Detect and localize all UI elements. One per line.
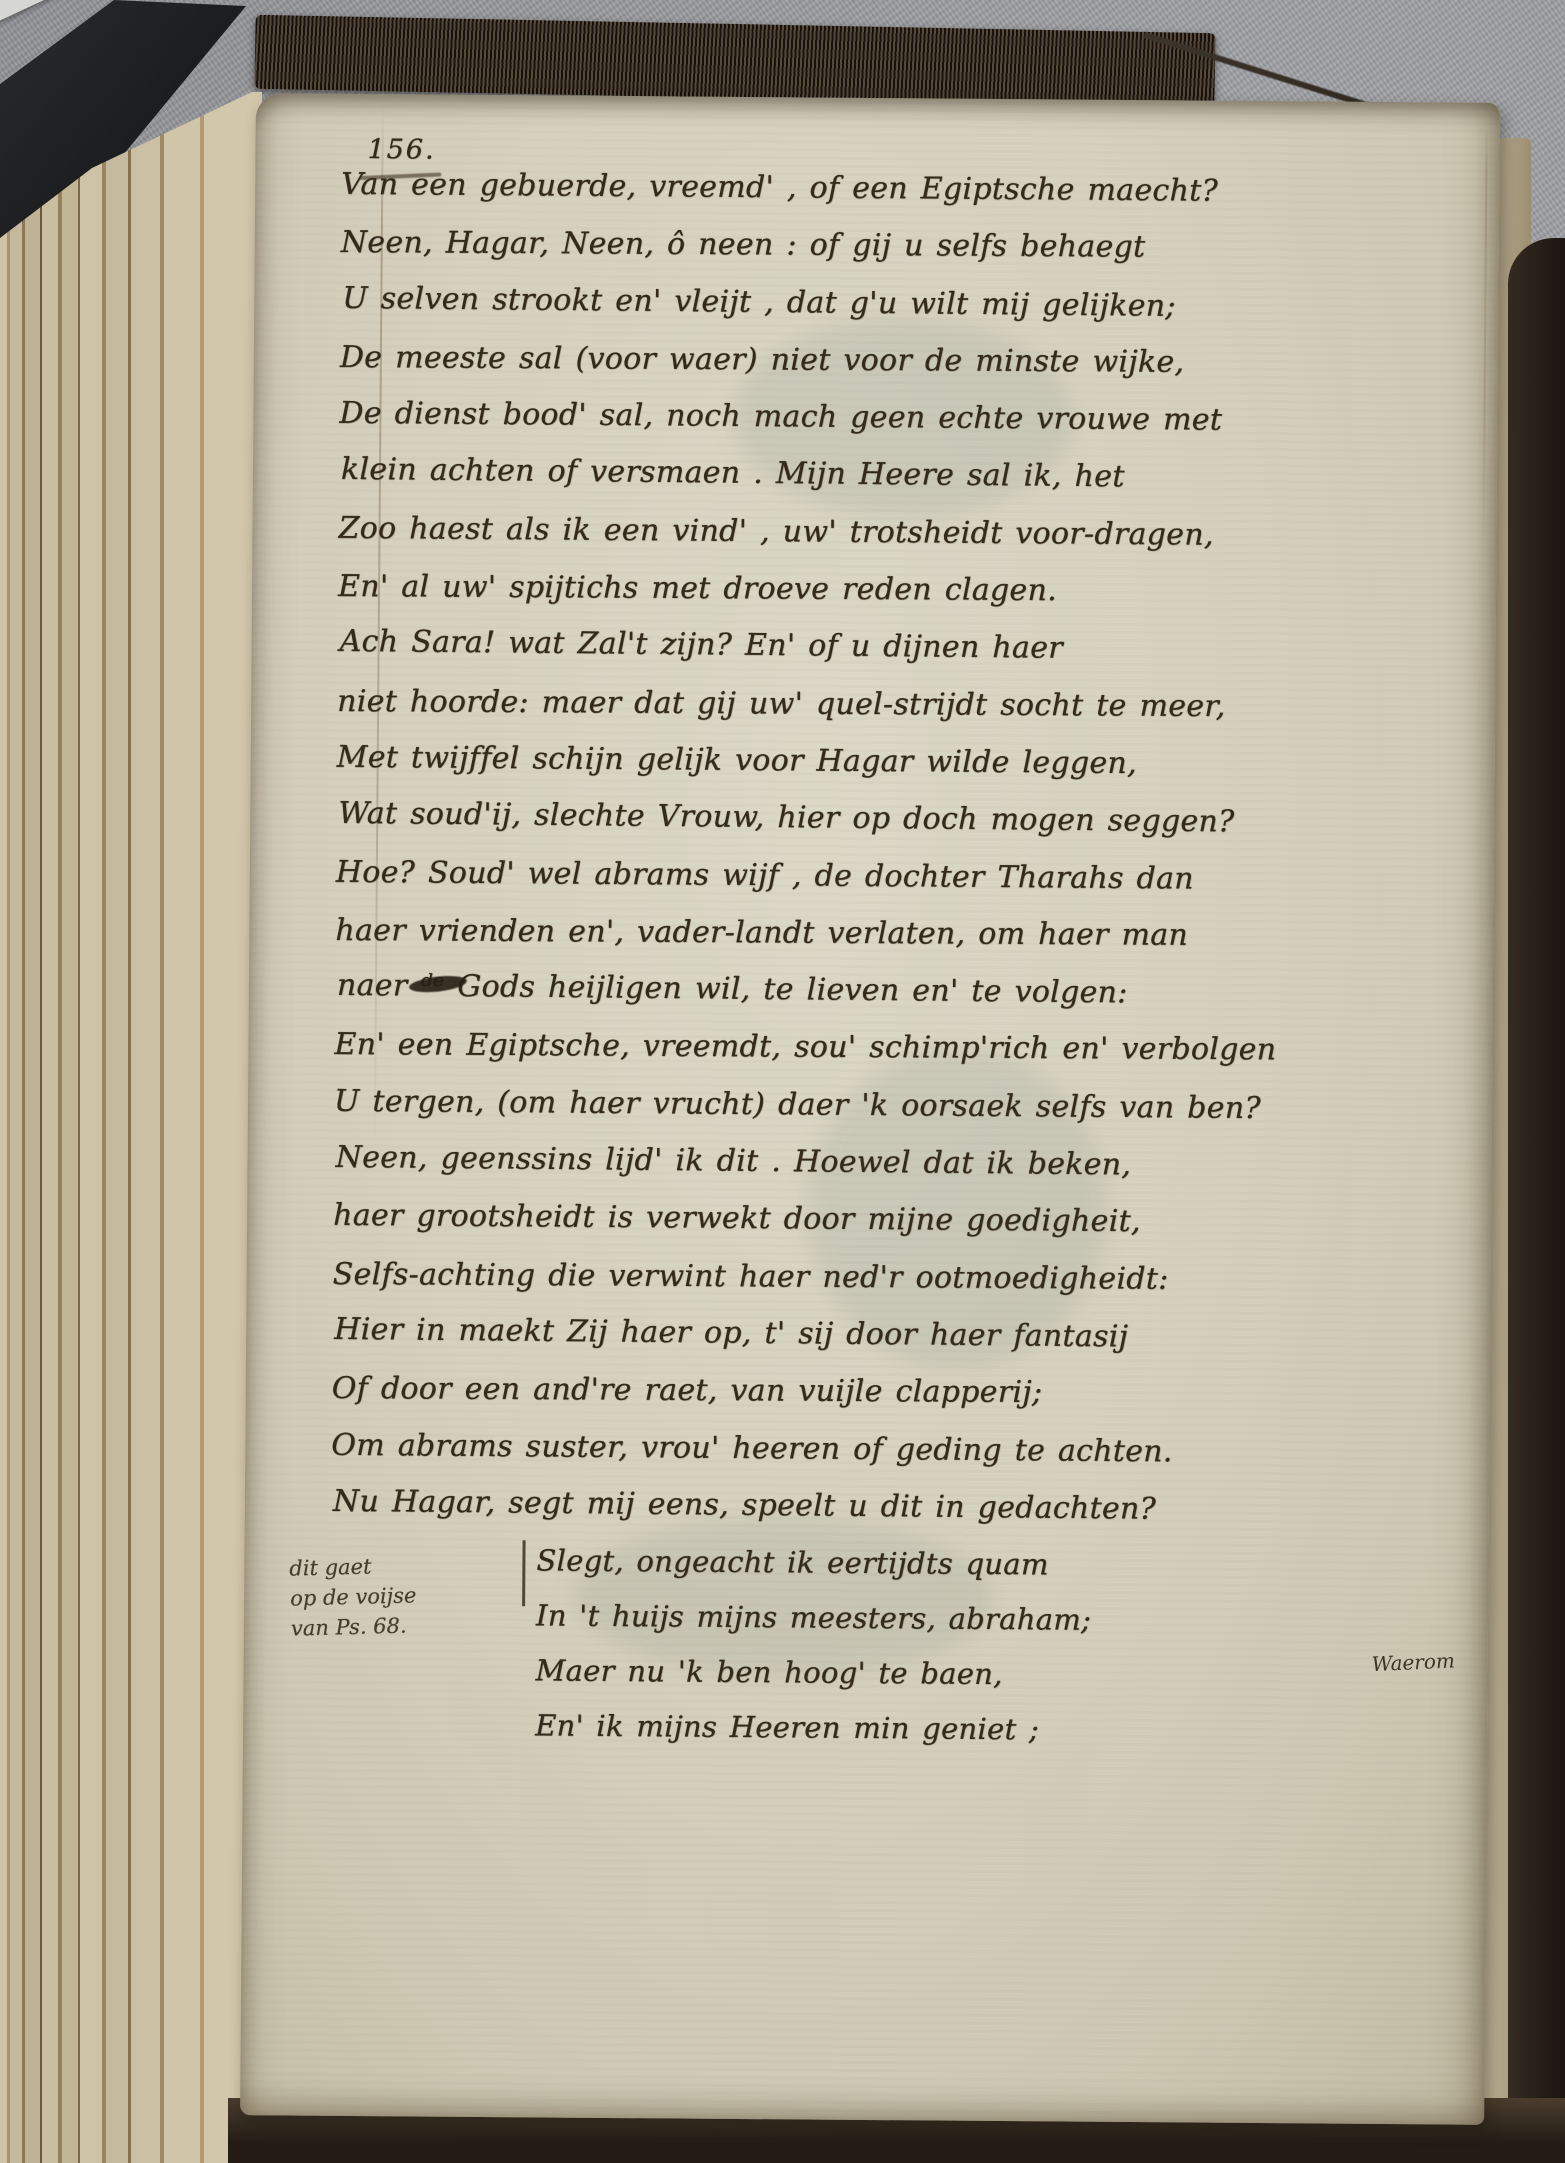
manuscript-line: haer grootsheidt is verwekt door mijne g… xyxy=(333,1187,1443,1253)
manuscript-line: De dienst bood' sal, noch mach geen echt… xyxy=(339,385,1449,451)
page-stack-fore-edge xyxy=(0,0,262,2163)
song-line: In 't huijs mijns meesters, abraham; xyxy=(536,1588,1092,1647)
paper-crease xyxy=(1482,123,1487,543)
song-line: En' ik mijns Heeren min geniet ; xyxy=(535,1698,1091,1757)
manuscript-line: Neen, geenssins lijd' ik dit . Hoewel da… xyxy=(335,1129,1445,1197)
manuscript-page: 156. Van een gebuerde, vreemd' , of een … xyxy=(240,93,1500,2125)
song-block: Slegt, ongeacht ik eertijdts quam In 't … xyxy=(535,1533,1092,1757)
paper-crease xyxy=(374,104,384,1144)
manuscript-line: Om abrams suster, vrou' heeren of geding… xyxy=(331,1416,1441,1482)
manuscript-line: Hoe? Soud' wel abrams wijf , de dochter … xyxy=(336,843,1446,909)
song-divider-rule xyxy=(522,1540,525,1606)
song-line: Maer nu 'k ben hoog' te baen, xyxy=(535,1643,1091,1702)
manuscript-line: U tergen, (om haer vrucht) daer 'k oorsa… xyxy=(334,1073,1444,1139)
manuscript-line: Met twijffel schijn gelijk voor Hagar wi… xyxy=(337,729,1447,795)
manuscript-line: En' al uw' spijtichs met droeve reden cl… xyxy=(338,558,1448,622)
manuscript-line: Selfs-achting die verwint haer ned'r oot… xyxy=(333,1246,1443,1310)
ink-showthrough xyxy=(574,1516,995,1679)
manuscript-line: Van een gebuerde, vreemd' , of een Egipt… xyxy=(341,156,1451,222)
manuscript-line: Neen, Hagar, Neen, ô neen : of gij u sel… xyxy=(341,214,1451,278)
manuscript-line: Ach Sara! wat Zal't zijn? En' of u dijne… xyxy=(339,613,1449,681)
song-line: Slegt, ongeacht ik eertijdts quam xyxy=(536,1533,1092,1592)
margin-note-line: dit gaet xyxy=(289,1550,416,1583)
book-cover-right xyxy=(1508,238,1565,2163)
main-text-block: Van een gebuerde, vreemd' , of een Egipt… xyxy=(331,156,1452,1540)
ink-blot-correction xyxy=(408,973,467,995)
photograph-of-manuscript-book: 156. Van een gebuerde, vreemd' , of een … xyxy=(0,0,1565,2163)
manuscript-line: Nu Hagar, segt mij eens, speelt u dit in… xyxy=(333,1473,1443,1541)
manuscript-line: niet hoorde: maer dat gij uw' quel-strij… xyxy=(337,673,1447,737)
margin-note-line: van Ps. 68. xyxy=(291,1610,418,1643)
margin-note-tune-reference: dit gaet op de voijse van Ps. 68. xyxy=(289,1550,418,1643)
manuscript-line: U selven strookt en' vleijt , dat g'u wi… xyxy=(342,269,1452,337)
manuscript-line: haer vrienden en', vader-landt verlaten,… xyxy=(335,902,1445,966)
manuscript-line: klein achten of versmaen . Mijn Heere sa… xyxy=(341,441,1451,509)
manuscript-line: En' een Egiptsche, vreemdt, sou' schimp'… xyxy=(334,1016,1444,1080)
ink-showthrough xyxy=(806,1048,1109,1370)
manuscript-line: naer ᵈᵉ Gods heijligen wil, te lieven en… xyxy=(337,957,1447,1025)
manuscript-line: Of door een and're raet, van vuijle clap… xyxy=(332,1360,1442,1424)
catchword: Waerom xyxy=(1371,1648,1455,1676)
page-number-underline xyxy=(359,172,441,180)
manuscript-line: Zoo haest als ik een vind' , uw' trotshe… xyxy=(338,500,1448,566)
manuscript-line: Wat soud'ij, slechte Vrouw, hier op doch… xyxy=(338,785,1448,853)
manuscript-line: De meeste sal (voor waer) niet voor de m… xyxy=(340,329,1450,393)
page-number: 156. xyxy=(367,134,435,166)
margin-note-line: op de voijse xyxy=(290,1580,417,1613)
ink-showthrough xyxy=(733,317,1075,520)
manuscript-line: Hier in maekt Zij haer op, t' sij door h… xyxy=(334,1301,1444,1369)
